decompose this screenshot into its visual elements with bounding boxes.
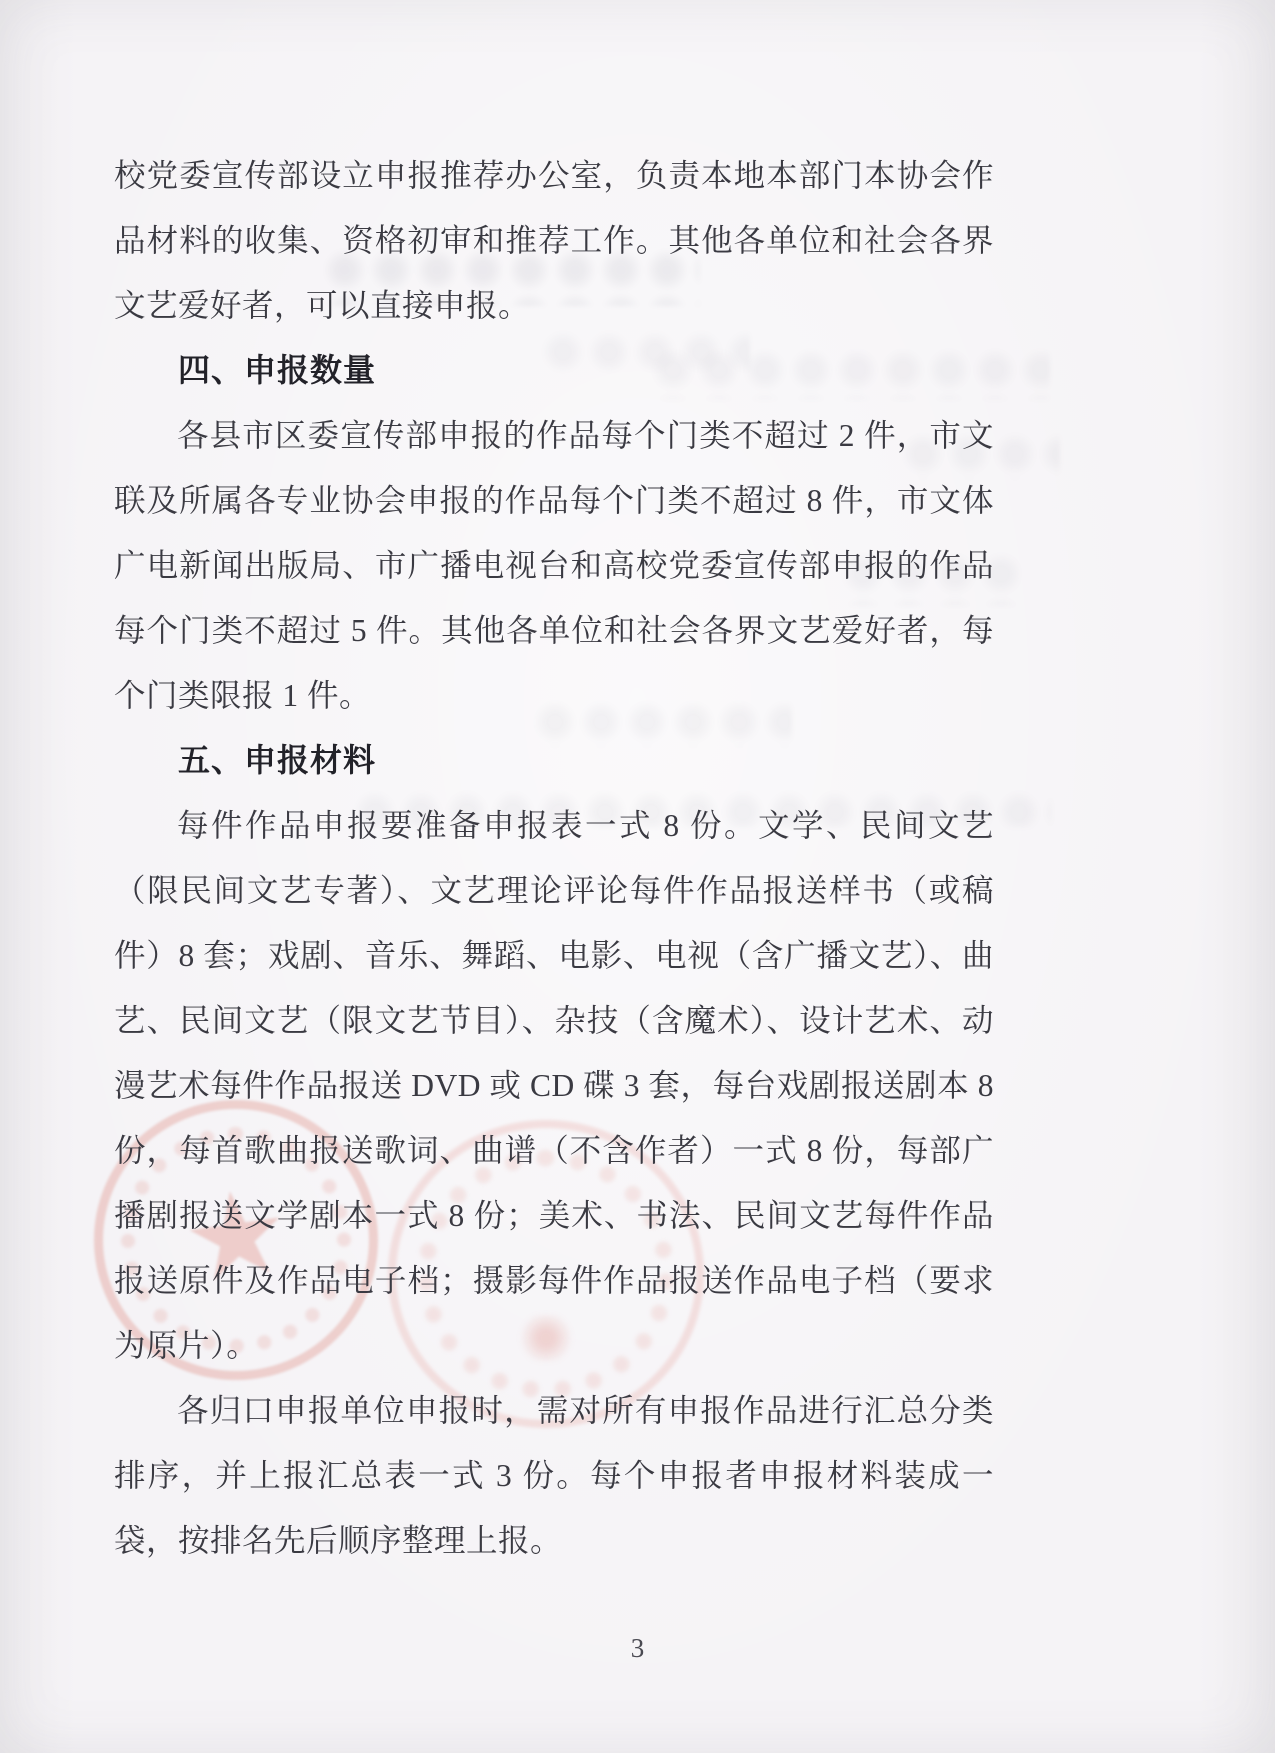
paragraph: 校党委宣传部设立申报推荐办公室，负责本地本部门本协会作品材料的收集、资格初审和推… (114, 143, 994, 338)
section-heading: 五、申报材料 (114, 728, 994, 793)
paragraph: 各县市区委宣传部申报的作品每个门类不超过 2 件，市文联及所属各专业协会申报的作… (114, 403, 994, 728)
section-heading: 四、申报数量 (114, 338, 994, 403)
scanned-document-page: ★ 校党委宣传部设立申报推荐办公室，负责本地本部门本协会作品材料的收集、资格初审… (0, 0, 1275, 1753)
page-number: 3 (0, 1633, 1275, 1664)
document-body: 校党委宣传部设立申报推荐办公室，负责本地本部门本协会作品材料的收集、资格初审和推… (114, 143, 994, 1573)
paragraph: 每件作品申报要准备申报表一式 8 份。文学、民间文艺（限民间文艺专著）、文艺理论… (114, 793, 994, 1378)
paragraph: 各归口申报单位申报时，需对所有申报作品进行汇总分类排序，并上报汇总表一式 3 份… (114, 1378, 994, 1573)
